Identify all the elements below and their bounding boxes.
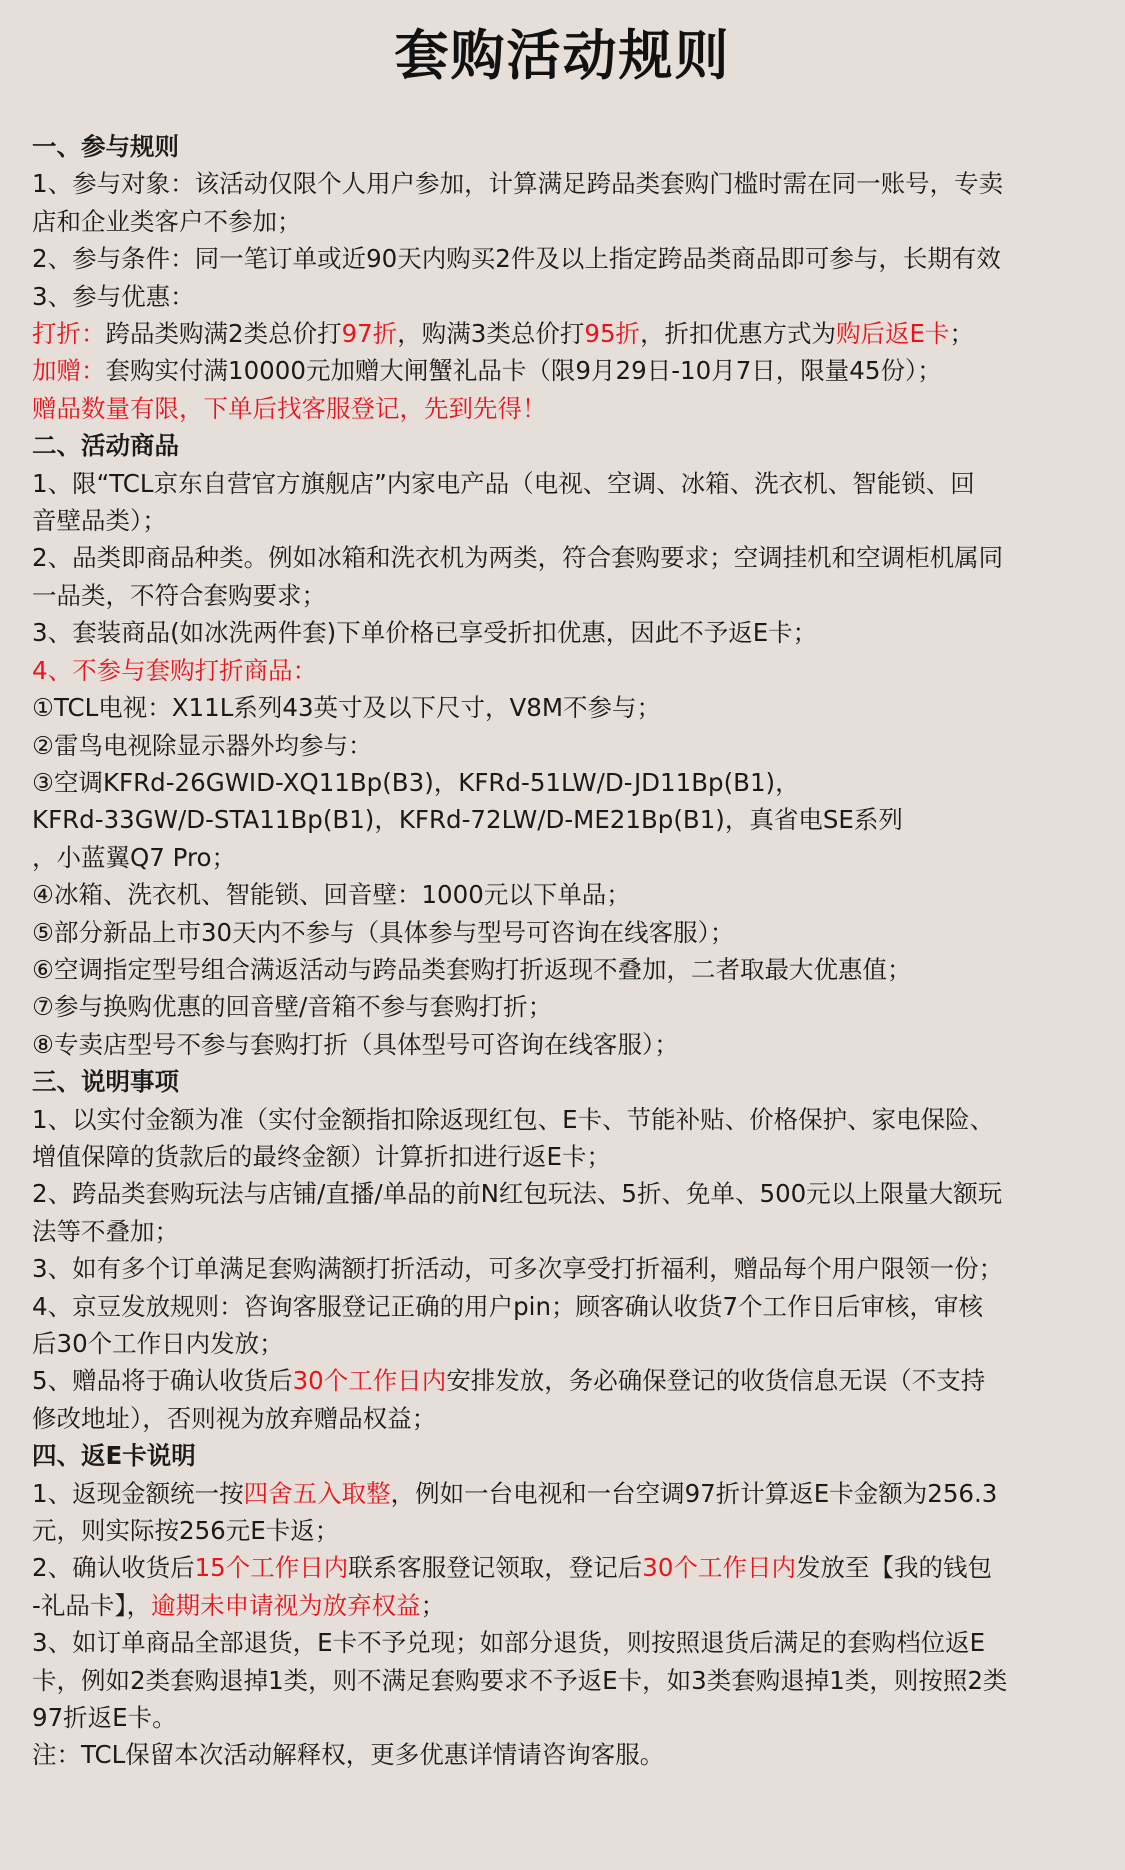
rule-line: 音壁品类）；	[32, 502, 1112, 539]
rule-line: 97折返E卡。	[32, 1699, 1112, 1736]
rule-line: 1、参与对象：该活动仅限个人用户参加，计算满足跨品类套购门槛时需在同一账号，专卖	[32, 165, 1112, 202]
highlight-text: 30个工作日内	[293, 1366, 447, 1395]
rule-text: 音壁品类）；	[32, 506, 167, 535]
rule-line: 2、确认收货后15个工作日内联系客服登记领取，登记后30个工作日内发放至【我的钱…	[32, 1549, 1112, 1586]
highlight-text: 购后返E卡	[836, 319, 949, 348]
section-heading: 一、参与规则	[32, 128, 1112, 165]
rule-text: 5、赠品将于确认收货后	[32, 1366, 293, 1395]
rule-text: -礼品卡】，	[32, 1591, 151, 1620]
rule-line: KFRd-33GW/D-STA11Bp(B1)，KFRd-72LW/D-ME21…	[32, 801, 1112, 838]
rule-line: 元，则实际按256元E卡返；	[32, 1512, 1112, 1549]
highlight-text: 四舍五入取整	[244, 1479, 391, 1508]
rule-text: 97折返E卡。	[32, 1703, 177, 1732]
rule-line: ③空调KFRd-26GWID-XQ11Bp(B3)，KFRd-51LW/D-JD…	[32, 764, 1112, 801]
rule-text: ；	[421, 1591, 446, 1620]
rule-text: 店和企业类客户不参加；	[32, 207, 302, 236]
rule-line: 3、参与优惠：	[32, 278, 1112, 315]
rule-text: 联系客服登记领取，登记后	[348, 1553, 642, 1582]
rule-text: ②雷鸟电视除显示器外均参与：	[32, 731, 372, 760]
rule-line: 后30个工作日内发放；	[32, 1325, 1112, 1362]
rule-line: ⑦参与换购优惠的回音壁/音箱不参与套购打折；	[32, 988, 1112, 1025]
rule-text: ，小蓝翼Q7 Pro；	[32, 843, 236, 872]
highlight-text: 95折	[584, 319, 640, 348]
rule-text: ；	[950, 319, 975, 348]
rule-text: 3、参与优惠：	[32, 282, 195, 311]
rule-line: 2、跨品类套购玩法与店铺/直播/单品的前N红包玩法、5折、免单、500元以上限量…	[32, 1175, 1112, 1212]
rules-content: 一、参与规则1、参与对象：该活动仅限个人用户参加，计算满足跨品类套购门槛时需在同…	[32, 128, 1112, 1774]
highlight-text: 4、不参与套购打折商品：	[32, 656, 317, 685]
section-heading: 三、说明事项	[32, 1063, 1112, 1100]
rule-line: 打折：跨品类购满2类总价打97折，购满3类总价打95折，折扣优惠方式为购后返E卡…	[32, 315, 1112, 352]
rule-text: ，购满3类总价打	[397, 319, 584, 348]
section-heading: 四、返E卡说明	[32, 1437, 1112, 1474]
rule-text: 增值保障的货款后的最终金额）计算折扣进行返E卡；	[32, 1142, 611, 1171]
rule-line: ⑧专卖店型号不参与套购打折（具体型号可咨询在线客服）；	[32, 1026, 1112, 1063]
rule-text: 2、参与条件：同一笔订单或近90天内购买2件及以上指定跨品类商品即可参与，长期有…	[32, 244, 1001, 273]
highlight-text: 97折	[342, 319, 398, 348]
rule-text: 发放至【我的钱包	[796, 1553, 992, 1582]
rule-text: ①TCL电视：X11L系列43英寸及以下尺寸，V8M不参与；	[32, 693, 661, 722]
highlight-text: 打折：	[32, 319, 106, 348]
page-title: 套购活动规则	[0, 20, 1125, 92]
rule-text: 修改地址），否则视为放弃赠品权益；	[32, 1404, 436, 1433]
rule-line: 1、返现金额统一按四舍五入取整，例如一台电视和一台空调97折计算返E卡金额为25…	[32, 1475, 1112, 1512]
highlight-text: 逾期未申请视为放弃权益	[151, 1591, 421, 1620]
rule-line: 增值保障的货款后的最终金额）计算折扣进行返E卡；	[32, 1138, 1112, 1175]
rule-line: 2、品类即商品种类。例如冰箱和洗衣机为两类，符合套购要求；空调挂机和空调柜机属同	[32, 539, 1112, 576]
rule-text: 安排发放，务必确保登记的收货信息无误（不支持	[446, 1366, 985, 1395]
rule-text: 跨品类购满2类总价打	[106, 319, 342, 348]
rule-text: ⑧专卖店型号不参与套购打折（具体型号可咨询在线客服）；	[32, 1030, 679, 1059]
rule-line: 2、参与条件：同一笔订单或近90天内购买2件及以上指定跨品类商品即可参与，长期有…	[32, 240, 1112, 277]
rule-text: KFRd-33GW/D-STA11Bp(B1)，KFRd-72LW/D-ME21…	[32, 805, 903, 834]
highlight-text: 赠品数量有限，下单后找客服登记，先到先得！	[32, 394, 547, 423]
rule-text: ⑦参与换购优惠的回音壁/音箱不参与套购打折；	[32, 992, 552, 1021]
rule-line: 修改地址），否则视为放弃赠品权益；	[32, 1400, 1112, 1437]
rule-line: 赠品数量有限，下单后找客服登记，先到先得！	[32, 390, 1112, 427]
rules-section: 三、说明事项1、以实付金额为准（实付金额指扣除返现红包、E卡、节能补贴、价格保护…	[32, 1063, 1112, 1437]
rule-line: 3、如订单商品全部退货，E卡不予兑现；如部分退货，则按照退货后满足的套购档位返E	[32, 1624, 1112, 1661]
rule-line: 卡，例如2类套购退掉1类，则不满足套购要求不予返E卡，如3类套购退掉1类，则按照…	[32, 1662, 1112, 1699]
rule-line: 1、限“TCL京东自营官方旗舰店”内家电产品（电视、空调、冰箱、洗衣机、智能锁、…	[32, 465, 1112, 502]
highlight-text: 30个工作日内	[642, 1553, 796, 1582]
highlight-text: 加赠：	[32, 356, 106, 385]
rule-line: 4、京豆发放规则：咨询客服登记正确的用户pin；顾客确认收货7个工作日后审核，审…	[32, 1288, 1112, 1325]
rule-text: 套购实付满10000元加赠大闸蟹礼品卡（限9月29日-10月7日，限量45份）；	[106, 356, 942, 385]
rule-text: ⑤部分新品上市30天内不参与（具体参与型号可咨询在线客服）；	[32, 918, 734, 947]
rule-text: 3、套装商品(如冰洗两件套)下单价格已享受折扣优惠，因此不予返E卡；	[32, 618, 817, 647]
rule-text: 1、返现金额统一按	[32, 1479, 244, 1508]
rule-text: 后30个工作日内发放；	[32, 1329, 284, 1358]
rule-line: ①TCL电视：X11L系列43英寸及以下尺寸，V8M不参与；	[32, 689, 1112, 726]
rule-line: ⑤部分新品上市30天内不参与（具体参与型号可咨询在线客服）；	[32, 914, 1112, 951]
rule-text: 3、如订单商品全部退货，E卡不予兑现；如部分退货，则按照退货后满足的套购档位返E	[32, 1628, 985, 1657]
footer-note: 注：TCL保留本次活动解释权，更多优惠详情请咨询客服。	[32, 1736, 1112, 1773]
rule-text: 2、品类即商品种类。例如冰箱和洗衣机为两类，符合套购要求；空调挂机和空调柜机属同	[32, 543, 1003, 572]
rule-text: ③空调KFRd-26GWID-XQ11Bp(B3)，KFRd-51LW/D-JD…	[32, 768, 800, 797]
highlight-text: 15个工作日内	[195, 1553, 349, 1582]
rule-line: 4、不参与套购打折商品：	[32, 652, 1112, 689]
rule-text: ⑥空调指定型号组合满返活动与跨品类套购打折返现不叠加，二者取最大优惠值；	[32, 955, 911, 984]
rule-text: 法等不叠加；	[32, 1217, 179, 1246]
rule-text: 4、京豆发放规则：咨询客服登记正确的用户pin；顾客确认收货7个工作日后审核，审…	[32, 1292, 983, 1321]
section-heading: 二、活动商品	[32, 427, 1112, 464]
rule-text: ，折扣优惠方式为	[640, 319, 836, 348]
rule-line: ②雷鸟电视除显示器外均参与：	[32, 727, 1112, 764]
rule-text: 一品类，不符合套购要求；	[32, 581, 326, 610]
rule-text: ④冰箱、洗衣机、智能锁、回音壁：1000元以下单品；	[32, 880, 631, 909]
rule-text: 1、限“TCL京东自营官方旗舰店”内家电产品（电视、空调、冰箱、洗衣机、智能锁、…	[32, 469, 975, 498]
rule-text: 1、以实付金额为准（实付金额指扣除返现红包、E卡、节能补贴、价格保护、家电保险、	[32, 1105, 994, 1134]
rule-text: 2、确认收货后	[32, 1553, 195, 1582]
rule-line: 一品类，不符合套购要求；	[32, 577, 1112, 614]
rule-line: 1、以实付金额为准（实付金额指扣除返现红包、E卡、节能补贴、价格保护、家电保险、	[32, 1101, 1112, 1138]
rule-line: ，小蓝翼Q7 Pro；	[32, 839, 1112, 876]
rule-text: 元，则实际按256元E卡返；	[32, 1516, 339, 1545]
rule-line: 法等不叠加；	[32, 1213, 1112, 1250]
rules-section: 一、参与规则1、参与对象：该活动仅限个人用户参加，计算满足跨品类套购门槛时需在同…	[32, 128, 1112, 427]
rules-page: 套购活动规则 一、参与规则1、参与对象：该活动仅限个人用户参加，计算满足跨品类套…	[0, 0, 1125, 1870]
rule-text: 1、参与对象：该活动仅限个人用户参加，计算满足跨品类套购门槛时需在同一账号，专卖	[32, 169, 1003, 198]
rule-text: ，例如一台电视和一台空调97折计算返E卡金额为256.3	[391, 1479, 998, 1508]
rules-section: 二、活动商品1、限“TCL京东自营官方旗舰店”内家电产品（电视、空调、冰箱、洗衣…	[32, 427, 1112, 1063]
rule-text: 卡，例如2类套购退掉1类，则不满足套购要求不予返E卡，如3类套购退掉1类，则按照…	[32, 1666, 1007, 1695]
rule-line: 加赠：套购实付满10000元加赠大闸蟹礼品卡（限9月29日-10月7日，限量45…	[32, 352, 1112, 389]
rule-line: 3、套装商品(如冰洗两件套)下单价格已享受折扣优惠，因此不予返E卡；	[32, 614, 1112, 651]
rule-line: -礼品卡】，逾期未申请视为放弃权益；	[32, 1587, 1112, 1624]
rule-line: 3、如有多个订单满足套购满额打折活动，可多次享受打折福利，赠品每个用户限领一份；	[32, 1250, 1112, 1287]
rule-line: ④冰箱、洗衣机、智能锁、回音壁：1000元以下单品；	[32, 876, 1112, 913]
rule-line: 5、赠品将于确认收货后30个工作日内安排发放，务必确保登记的收货信息无误（不支持	[32, 1362, 1112, 1399]
rule-text: 2、跨品类套购玩法与店铺/直播/单品的前N红包玩法、5折、免单、500元以上限量…	[32, 1179, 1002, 1208]
rule-text: 3、如有多个订单满足套购满额打折活动，可多次享受打折福利，赠品每个用户限领一份；	[32, 1254, 1003, 1283]
rule-line: 店和企业类客户不参加；	[32, 203, 1112, 240]
rule-line: ⑥空调指定型号组合满返活动与跨品类套购打折返现不叠加，二者取最大优惠值；	[32, 951, 1112, 988]
rules-section: 四、返E卡说明1、返现金额统一按四舍五入取整，例如一台电视和一台空调97折计算返…	[32, 1437, 1112, 1736]
